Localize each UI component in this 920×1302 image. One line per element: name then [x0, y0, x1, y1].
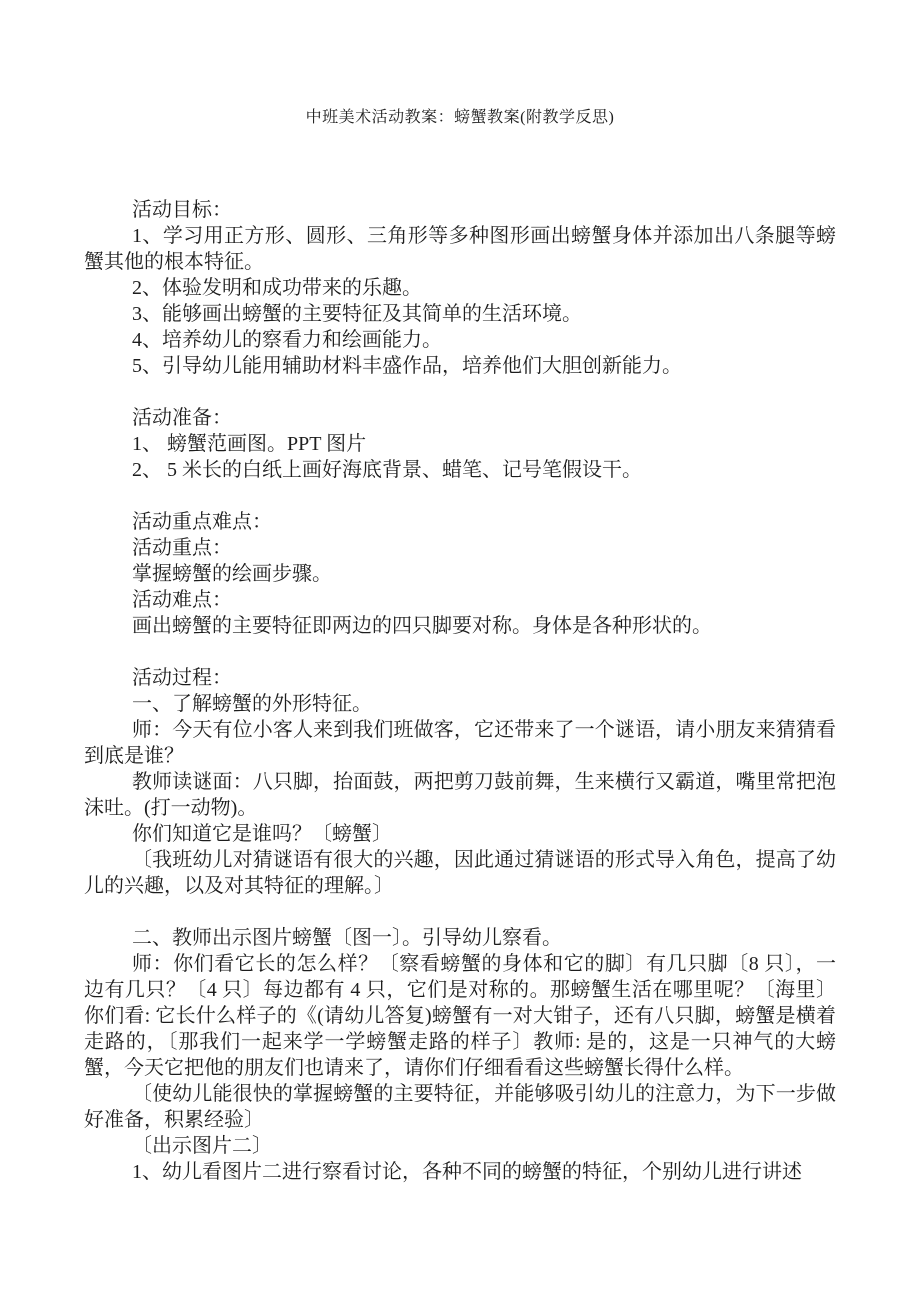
- paragraph: 活动准备：: [84, 405, 836, 431]
- paragraph: 5、引导幼儿能用辅助材料丰盛作品，培养他们大胆创新能力。: [84, 353, 836, 379]
- paragraph: 画出螃蟹的主要特征即两边的四只脚要对称。身体是各种形状的。: [84, 613, 836, 639]
- blank-line: [84, 639, 836, 665]
- blank-line: [84, 483, 836, 509]
- blank-line: [84, 379, 836, 405]
- blank-line: [84, 899, 836, 925]
- paragraph: 〔出示图片二〕: [84, 1133, 836, 1159]
- paragraph: 活动难点：: [84, 587, 836, 613]
- paragraph: 1、 螃蟹范画图。PPT 图片: [84, 431, 836, 457]
- paragraph: 〔我班幼儿对猜谜语有很大的兴趣，因此通过猜谜语的形式导入角色，提高了幼儿的兴趣，…: [84, 847, 836, 899]
- document-page: 中班美术活动教案：螃蟹教案(附教学反思) 活动目标：1、学习用正方形、圆形、三角…: [0, 0, 920, 1302]
- paragraph: 掌握螃蟹的绘画步骤。: [84, 561, 836, 587]
- title-spacer: [84, 131, 836, 197]
- paragraph: 4、培养幼儿的察看力和绘画能力。: [84, 327, 836, 353]
- paragraph: 1、幼儿看图片二进行察看讨论，各种不同的螃蟹的特征，个别幼儿进行讲述: [84, 1159, 836, 1185]
- document-body: 活动目标：1、学习用正方形、圆形、三角形等多种图形画出螃蟹身体并添加出八条腿等螃…: [84, 197, 836, 1185]
- paragraph: 〔使幼儿能很快的掌握螃蟹的主要特征，并能够吸引幼儿的注意力，为下一步做好准备，积…: [84, 1081, 836, 1133]
- paragraph: 3、能够画出螃蟹的主要特征及其简单的生活环境。: [84, 301, 836, 327]
- paragraph: 师：你们看它长的怎么样？〔察看螃蟹的身体和它的脚〕有几只脚〔8 只〕，一边有几只…: [84, 951, 836, 1081]
- paragraph: 你们知道它是谁吗？〔螃蟹〕: [84, 821, 836, 847]
- paragraph: 师：今天有位小客人来到我们班做客，它还带来了一个谜语，请小朋友来猜猜看到底是谁？: [84, 717, 836, 769]
- paragraph: 2、 5 米长的白纸上画好海底背景、蜡笔、记号笔假设干。: [84, 457, 836, 483]
- paragraph: 活动过程：: [84, 665, 836, 691]
- paragraph: 2、体验发明和成功带来的乐趣。: [84, 275, 836, 301]
- document-title: 中班美术活动教案：螃蟹教案(附教学反思): [84, 105, 836, 131]
- paragraph: 1、学习用正方形、圆形、三角形等多种图形画出螃蟹身体并添加出八条腿等螃蟹其他的根…: [84, 223, 836, 275]
- paragraph: 二、教师出示图片螃蟹〔图一〕。引导幼儿察看。: [84, 925, 836, 951]
- paragraph: 活动重点难点：: [84, 509, 836, 535]
- paragraph: 活动重点：: [84, 535, 836, 561]
- paragraph: 教师读谜面：八只脚，抬面鼓，两把剪刀鼓前舞，生来横行又霸道，嘴里常把泡沫吐。(打…: [84, 769, 836, 821]
- paragraph: 一、了解螃蟹的外形特征。: [84, 691, 836, 717]
- paragraph: 活动目标：: [84, 197, 836, 223]
